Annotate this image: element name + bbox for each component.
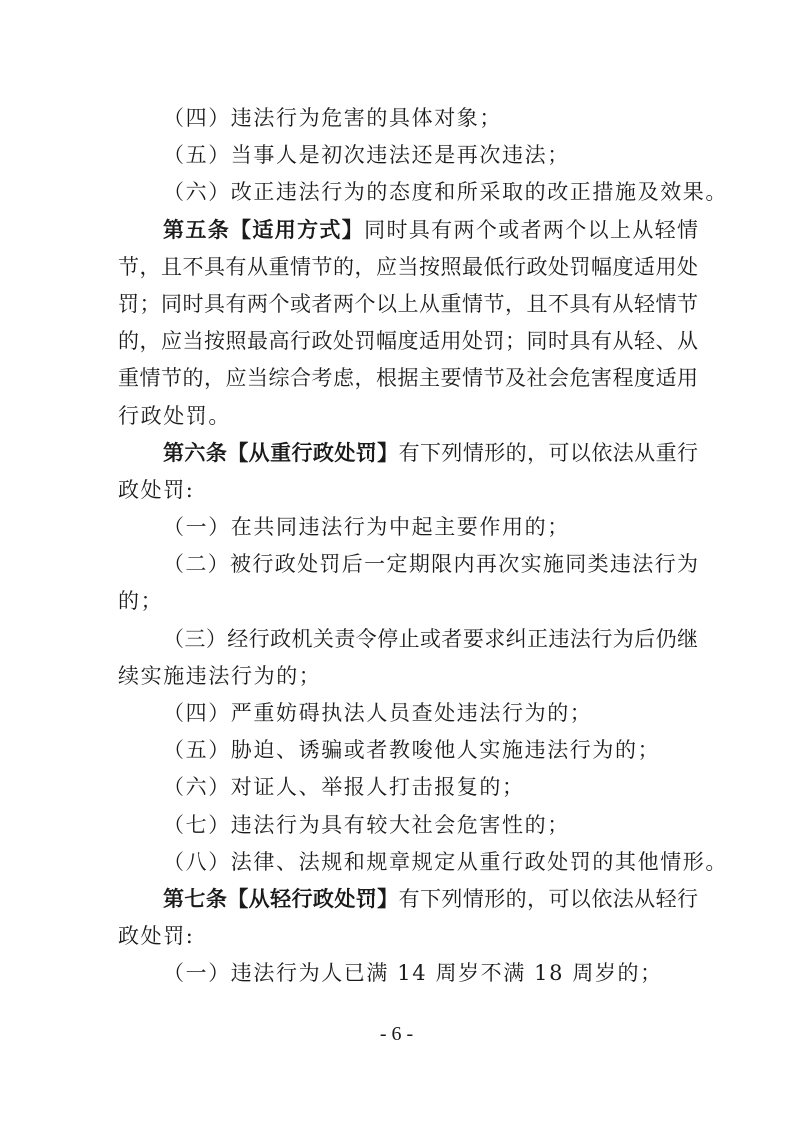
paragraph-line: 政处罚: xyxy=(118,472,698,509)
list-item: （六）改正违法行为的态度和所采取的改正措施及效果。 xyxy=(118,174,698,211)
list-item: （六）对证人、举报人打击报复的； xyxy=(118,769,698,806)
list-item: （五）胁迫、诱骗或者教唆他人实施违法行为的； xyxy=(118,732,698,769)
paragraph-line: 行政处罚。 xyxy=(118,398,698,435)
list-item: （四）严重妨碍执法人员查处违法行为的； xyxy=(118,695,698,732)
list-item-continuation: 的； xyxy=(118,583,698,620)
paragraph-line: 节，且不具有从重情节的，应当按照最低行政处罚幅度适用处 xyxy=(118,249,698,286)
list-item: （四）违法行为危害的具体对象； xyxy=(118,100,698,137)
article-6-heading: 第六条【从重行政处罚】 xyxy=(163,441,399,465)
article-7-text: 有下列情形的，可以依法从轻行 xyxy=(399,887,698,911)
paragraph-line: 政处罚: xyxy=(118,918,698,955)
paragraph-line: 的，应当按照最高行政处罚幅度适用处罚；同时具有从轻、从 xyxy=(118,323,698,360)
list-item: （三）经行政机关责令停止或者要求纠正违法行为后仍继 xyxy=(118,621,698,658)
article-7-heading: 第七条【从轻行政处罚】 xyxy=(163,887,399,911)
page-number: - 6 - xyxy=(0,1023,793,1046)
list-item: （七）违法行为具有较大社会危害性的； xyxy=(118,807,698,844)
paragraph-line: 罚；同时具有两个或者两个以上从重情节，且不具有从轻情节 xyxy=(118,286,698,323)
document-page: （四）违法行为危害的具体对象； （五）当事人是初次违法还是再次违法； （六）改正… xyxy=(118,100,698,993)
article-5-paragraph-start: 第五条【适用方式】同时具有两个或者两个以上从轻情 xyxy=(118,212,698,249)
list-item: （二）被行政处罚后一定期限内再次实施同类违法行为 xyxy=(118,546,698,583)
list-item: （八）法律、法规和规章规定从重行政处罚的其他情形。 xyxy=(118,844,698,881)
paragraph-line: 重情节的，应当综合考虑，根据主要情节及社会危害程度适用 xyxy=(118,360,698,397)
list-item: （一）在共同违法行为中起主要作用的； xyxy=(118,509,698,546)
list-item: （五）当事人是初次违法还是再次违法； xyxy=(118,137,698,174)
list-item: （一）违法行为人已满 14 周岁不满 18 周岁的； xyxy=(118,955,698,992)
article-5-text: 同时具有两个或者两个以上从轻情 xyxy=(364,218,698,242)
article-6-paragraph-start: 第六条【从重行政处罚】有下列情形的，可以依法从重行 xyxy=(118,435,698,472)
article-5-heading: 第五条【适用方式】 xyxy=(163,218,364,242)
article-6-text: 有下列情形的，可以依法从重行 xyxy=(399,441,698,465)
article-7-paragraph-start: 第七条【从轻行政处罚】有下列情形的，可以依法从轻行 xyxy=(118,881,698,918)
list-item-continuation: 续实施违法行为的； xyxy=(118,658,698,695)
